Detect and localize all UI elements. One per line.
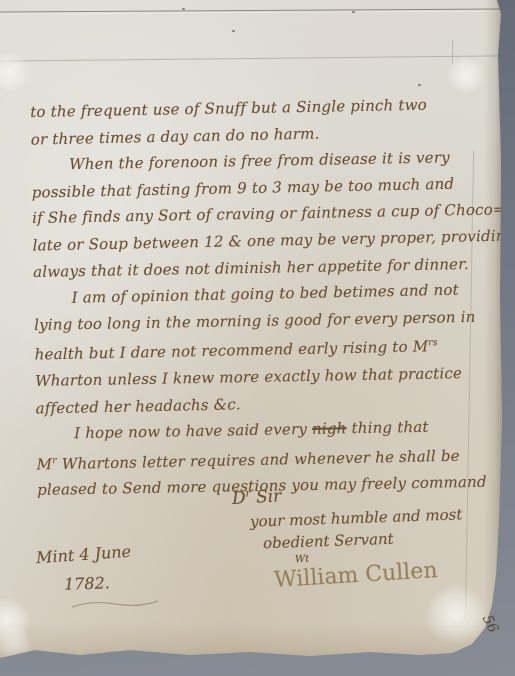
fold-crease-upper (0, 55, 503, 61)
ink-speck (352, 11, 355, 13)
letter-body-text: to the frequent use of Snuff but a Singl… (30, 91, 489, 504)
fold-crease-corner (452, 40, 453, 64)
paper-edge-shadow-bottom (0, 622, 504, 666)
ink-speck (418, 84, 421, 86)
dateline-place-day: Mint 4 June (35, 542, 131, 568)
ink-speck (182, 8, 185, 10)
paper-edge-shadow-right (484, 0, 504, 666)
dateline-year: 1782. (64, 573, 110, 594)
letter-page: to the frequent use of Snuff but a Singl… (0, 0, 504, 666)
manuscript-photo: to the frequent use of Snuff but a Singl… (0, 0, 515, 676)
stain-mark (446, 58, 486, 92)
letter-initials: Wt (295, 554, 310, 566)
letter-closing-line-1: your most humble and most (250, 505, 463, 530)
letter-closing-line-2: obedient Servant (263, 530, 394, 553)
underline-flourish (70, 597, 160, 611)
ink-speck (232, 30, 235, 32)
stain-mark (0, 52, 30, 92)
letter-salutation: Dr Sir (231, 486, 281, 509)
